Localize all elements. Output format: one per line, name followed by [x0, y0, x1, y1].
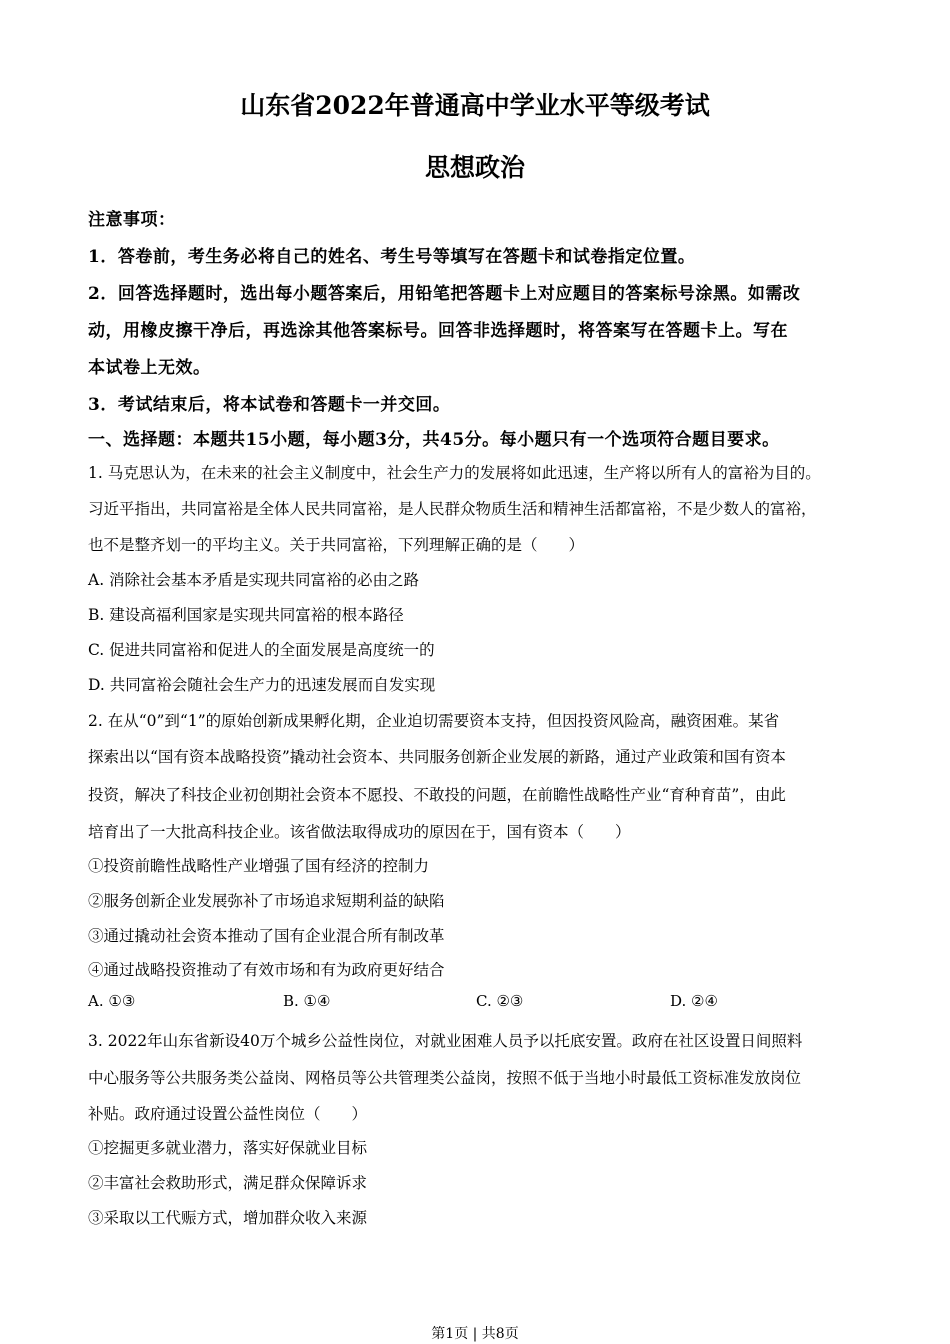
question-2-option-d: D. ②④: [670, 992, 718, 1010]
question-1-option-d: D. 共同富裕会随社会生产力的迅速发展而自发实现: [88, 673, 435, 695]
question-2-statement: ③通过撬动社会资本推动了国有企业混合所有制改革: [88, 924, 445, 946]
question-2-statement: ④通过战略投资推动了有效市场和有为政府更好结合: [88, 958, 445, 980]
question-1-stem: 1. 马克思认为，在未来的社会主义制度中，社会生产力的发展将如此迅速，生产将以所…: [88, 461, 821, 483]
question-3-stem: 补贴。政府通过设置公益性岗位（ ）: [88, 1102, 367, 1124]
question-2-option-c: C. ②③: [476, 992, 523, 1010]
question-2-statement: ②服务创新企业发展弥补了市场追求短期利益的缺陷: [88, 889, 445, 911]
notice-line: 2．回答选择题时，选出每小题答案后，用铅笔把答题卡上对应题目的答案标号涂黑。如需…: [88, 279, 800, 304]
notice-line: 1．答卷前，考生务必将自己的姓名、考生号等填写在答题卡和试卷指定位置。: [88, 242, 695, 267]
exam-title: 山东省2022年普通高中学业水平等级考试: [0, 86, 950, 122]
question-3-stem: 3. 2022年山东省新设40万个城乡公益性岗位，对就业困难人员予以托底安置。政…: [88, 1029, 802, 1051]
question-1-option-b: B. 建设高福利国家是实现共同富裕的根本路径: [88, 603, 404, 625]
question-1-stem: 习近平指出，共同富裕是全体人民共同富裕，是人民群众物质生活和精神生活都富裕，不是…: [88, 497, 817, 519]
notice-line: 3．考试结束后，将本试卷和答题卡一并交回。: [88, 390, 450, 415]
question-2-options: A. ①③ B. ①④ C. ②③ D. ②④: [88, 992, 878, 1016]
question-3-statement: ①挖掘更多就业潜力，落实好保就业目标: [88, 1136, 367, 1158]
question-2-stem: 培育出了一大批高科技企业。该省做法取得成功的原因在于，国有资本（ ）: [88, 820, 631, 842]
question-3-statement: ②丰富社会救助形式，满足群众保障诉求: [88, 1171, 367, 1193]
question-2-option-b: B. ①④: [283, 992, 330, 1010]
question-3-statement: ③采取以工代赈方式，增加群众收入来源: [88, 1206, 367, 1228]
question-1-option-c: C. 促进共同富裕和促进人的全面发展是高度统一的: [88, 638, 435, 660]
question-2-stem: 2. 在从“0”到“1”的原始创新成果孵化期，企业迫切需要资本支持，但因投资风险…: [88, 709, 779, 731]
exam-page: 山东省2022年普通高中学业水平等级考试 思想政治 注意事项： 1．答卷前，考生…: [0, 0, 950, 1344]
notice-heading: 注意事项：: [88, 205, 176, 230]
question-2-option-a: A. ①③: [88, 992, 135, 1010]
question-1-stem: 也不是整齐划一的平均主义。关于共同富裕，下列理解正确的是（ ）: [88, 533, 584, 555]
page-indicator: 第1页 | 共8页: [0, 1323, 950, 1343]
question-3-stem: 中心服务等公共服务类公益岗、网格员等公共管理类公益岗，按照不低于当地小时最低工资…: [88, 1066, 801, 1088]
question-2-stem: 探索出以“国有资本战略投资”撬动社会资本、共同服务创新企业发展的新路，通过产业政…: [88, 745, 786, 767]
subject-title: 思想政治: [0, 148, 950, 184]
question-2-stem: 投资，解决了科技企业初创期社会资本不愿投、不敢投的问题，在前瞻性战略性产业“育种…: [88, 783, 786, 805]
question-2-statement: ①投资前瞻性战略性产业增强了国有经济的控制力: [88, 854, 429, 876]
section-heading: 一、选择题：本题共15小题，每小题3分，共45分。每小题只有一个选项符合题目要求…: [88, 425, 780, 450]
question-1-option-a: A. 消除社会基本矛盾是实现共同富裕的必由之路: [88, 568, 419, 590]
notice-line: 本试卷上无效。: [88, 353, 211, 378]
notice-line: 动，用橡皮擦干净后，再选涂其他答案标号。回答非选择题时，将答案写在答题卡上。写在: [88, 316, 788, 341]
